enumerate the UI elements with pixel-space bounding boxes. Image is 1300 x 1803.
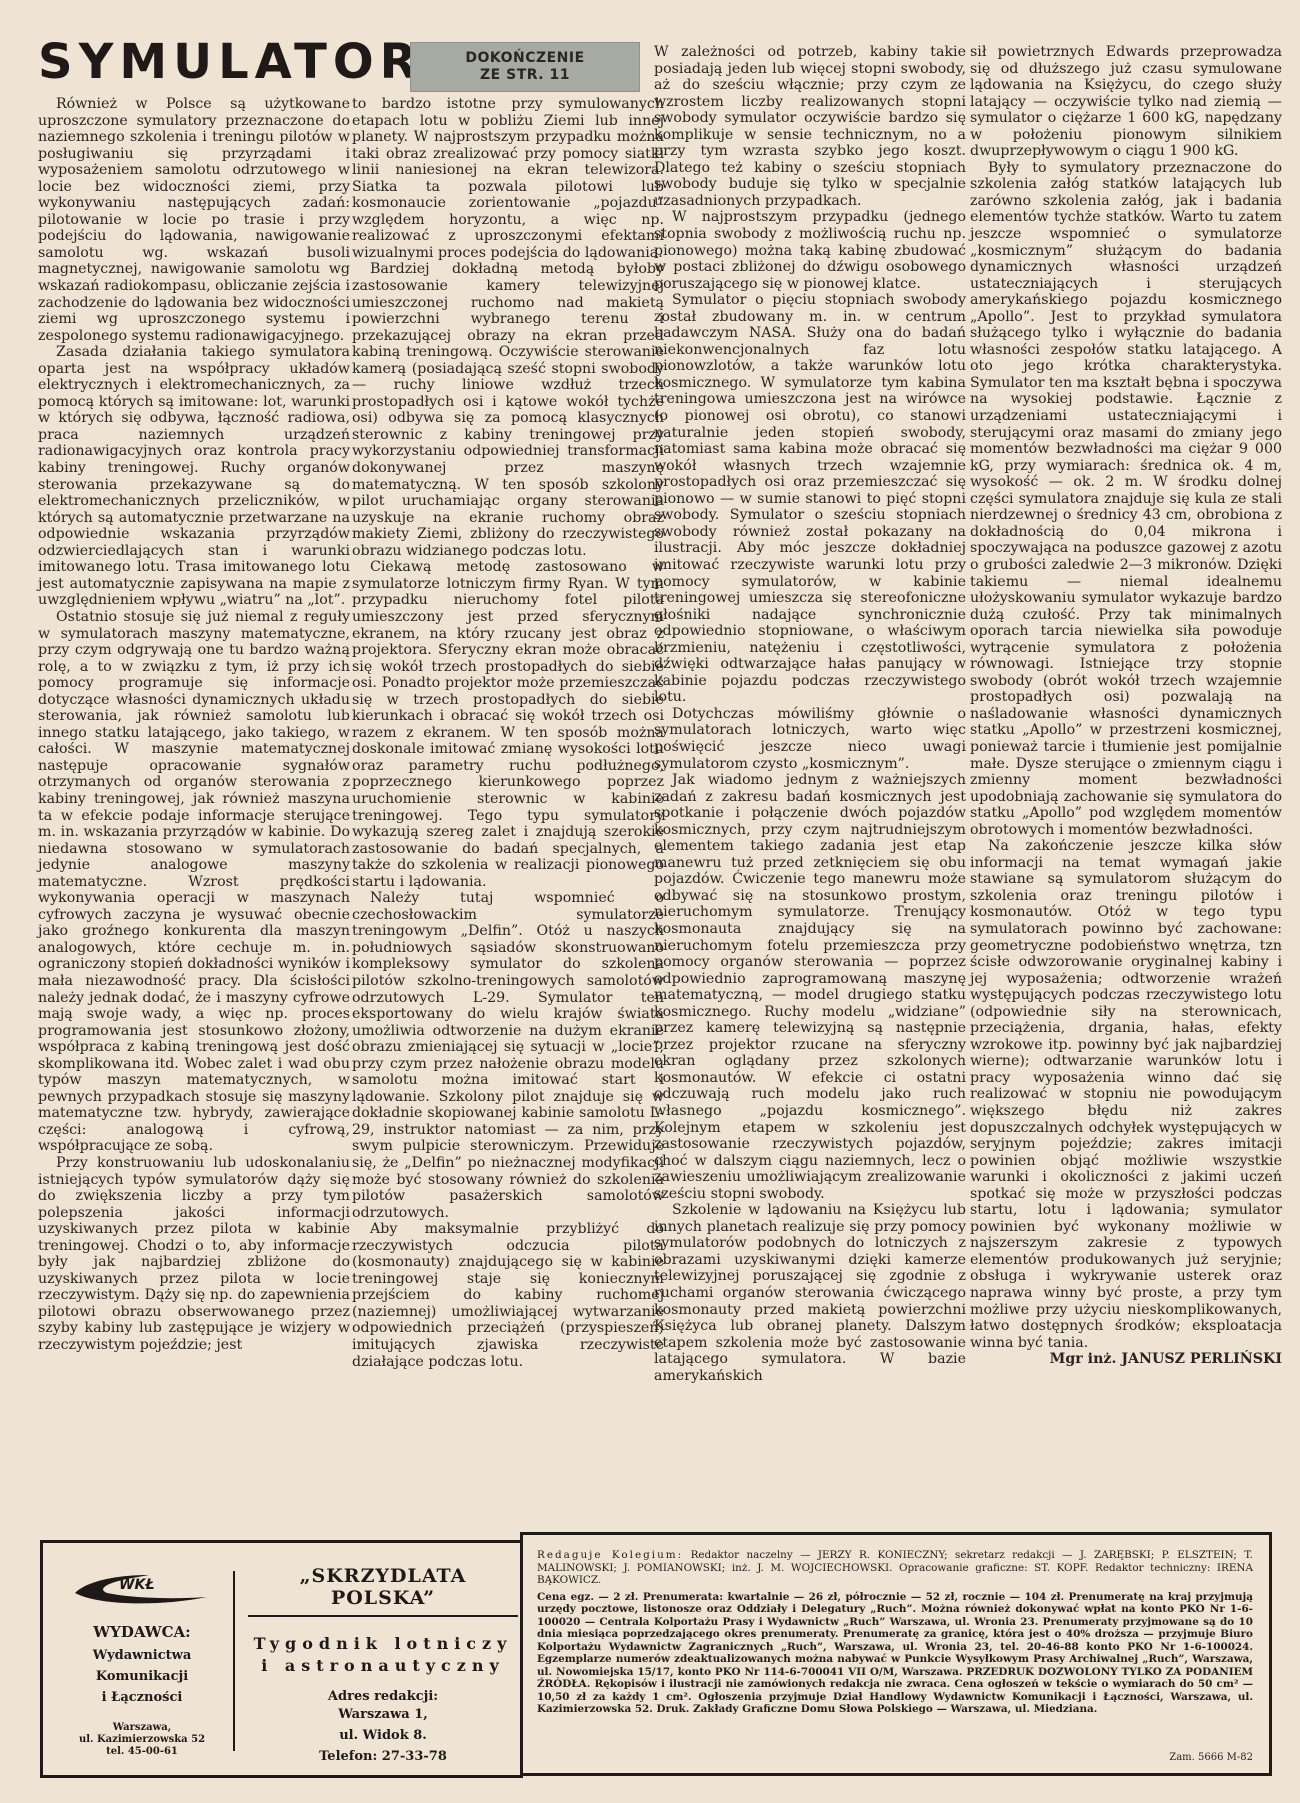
imprint-text: Redaguje Kolegium: Redaktor naczelny — J… <box>537 1549 1253 1720</box>
paragraph: Aby maksymalnie przybliżyć do rzeczywist… <box>352 1221 664 1370</box>
paragraph: Szkolenie w lądowaniu na Księżycu lub in… <box>654 1202 966 1384</box>
paragraph: Zasada działania takiego symulatora opar… <box>38 344 350 609</box>
paragraph: W zależności od potrzeb, kabiny takie po… <box>654 44 966 209</box>
order-number: Zam. 5666 M-82 <box>1169 1752 1253 1763</box>
publisher-box: WKŁ WYDAWCA: Wydawnictwa Komunikacji i Ł… <box>40 1540 523 1778</box>
publisher-address-line: tel. 45-00-61 <box>57 1746 227 1758</box>
paragraph: Bardziej dokładną metodą byłoby zastosow… <box>352 261 664 559</box>
magazine-name: „SKRZYDLATA POLSKA” <box>248 1565 518 1617</box>
editorial-phone: Telefon: 27-33-78 <box>248 1746 518 1767</box>
paragraph: sił powietrznych Edwards przeprowadza si… <box>970 44 1282 160</box>
magazine-page: SYMULATORY DOKOŃCZENIE ZE STR. 11 Równie… <box>0 0 1300 1803</box>
editorial-address-line: ul. Widok 8. <box>248 1725 518 1746</box>
masthead: „SKRZYDLATA POLSKA” Tygodnik lotniczy i … <box>248 1565 518 1767</box>
svg-text:WKŁ: WKŁ <box>119 1577 155 1593</box>
paragraph: to bardzo istotne przy symulowanych etap… <box>352 96 664 261</box>
imprint-box: Redaguje Kolegium: Redaktor naczelny — J… <box>520 1532 1272 1776</box>
author-signature: Mgr inż. JANUSZ PERLIŃSKI <box>970 1351 1282 1368</box>
publisher-address-line: Warszawa, <box>57 1722 227 1734</box>
publisher-heading: WYDAWCA: <box>57 1623 227 1641</box>
article-column-2: to bardzo istotne przy symulowanych etap… <box>352 96 664 1370</box>
vertical-divider <box>233 1571 235 1751</box>
article-column-3: W zależności od potrzeb, kabiny takie po… <box>654 44 966 1384</box>
continuation-line-1: DOKOŃCZENIE <box>465 50 584 67</box>
paragraph: Również w Polsce są użytkowane uproszczo… <box>38 96 350 344</box>
article-title: SYMULATORY <box>38 38 461 86</box>
article-column-1: Również w Polsce są użytkowane uproszczo… <box>38 96 350 1354</box>
magazine-subtitle: i astronautyczny <box>248 1655 518 1677</box>
paragraph: Ostatnio stosuje się już niemal z reguły… <box>38 609 350 1155</box>
paragraph: Należy tutaj wspomnieć o czechosłowackim… <box>352 890 664 1221</box>
publisher-line: Wydawnictwa <box>57 1645 227 1666</box>
continuation-line-2: ZE STR. 11 <box>480 67 570 84</box>
magazine-subtitle: Tygodnik lotniczy <box>248 1633 518 1655</box>
paragraph: Na zakończenie jeszcze kilka słów inform… <box>970 838 1282 1351</box>
paragraph: Dotychczas mówiliśmy głównie o symulator… <box>654 706 966 772</box>
publisher-line: Komunikacji <box>57 1666 227 1687</box>
subscription-terms: Cena egz. — 2 zł. Prenumerata: kwartalni… <box>537 1591 1253 1716</box>
publisher-line: i Łączności <box>57 1687 227 1708</box>
continuation-badge: DOKOŃCZENIE ZE STR. 11 <box>410 42 640 92</box>
editorial-address-line: Warszawa 1, <box>248 1704 518 1725</box>
paragraph: Jak wiadomo jednym z ważniejszych zadań … <box>654 772 966 1202</box>
publisher-address-line: ul. Kazimierzowska 52 <box>57 1734 227 1746</box>
article-column-4: sił powietrznych Edwards przeprowadza si… <box>970 44 1282 1368</box>
wkl-logo-icon: WKŁ <box>67 1567 217 1607</box>
paragraph: Były to symulatory przeznaczone do szkol… <box>970 160 1282 838</box>
editorial-address-label: Adres redakcji: <box>248 1689 518 1704</box>
imprint-label: Redaguje Kolegium: <box>537 1549 683 1561</box>
publisher-info: WYDAWCA: Wydawnictwa Komunikacji i Łączn… <box>57 1623 227 1758</box>
paragraph: Ciekawą metodę zastosowano w symulatorze… <box>352 559 664 890</box>
paragraph: Symulator o pięciu stopniach swobody zos… <box>654 292 966 706</box>
paragraph: W najprostszym przypadku (jednego stopni… <box>654 209 966 292</box>
paragraph: Przy konstruowaniu lub udoskonalaniu ist… <box>38 1155 350 1354</box>
